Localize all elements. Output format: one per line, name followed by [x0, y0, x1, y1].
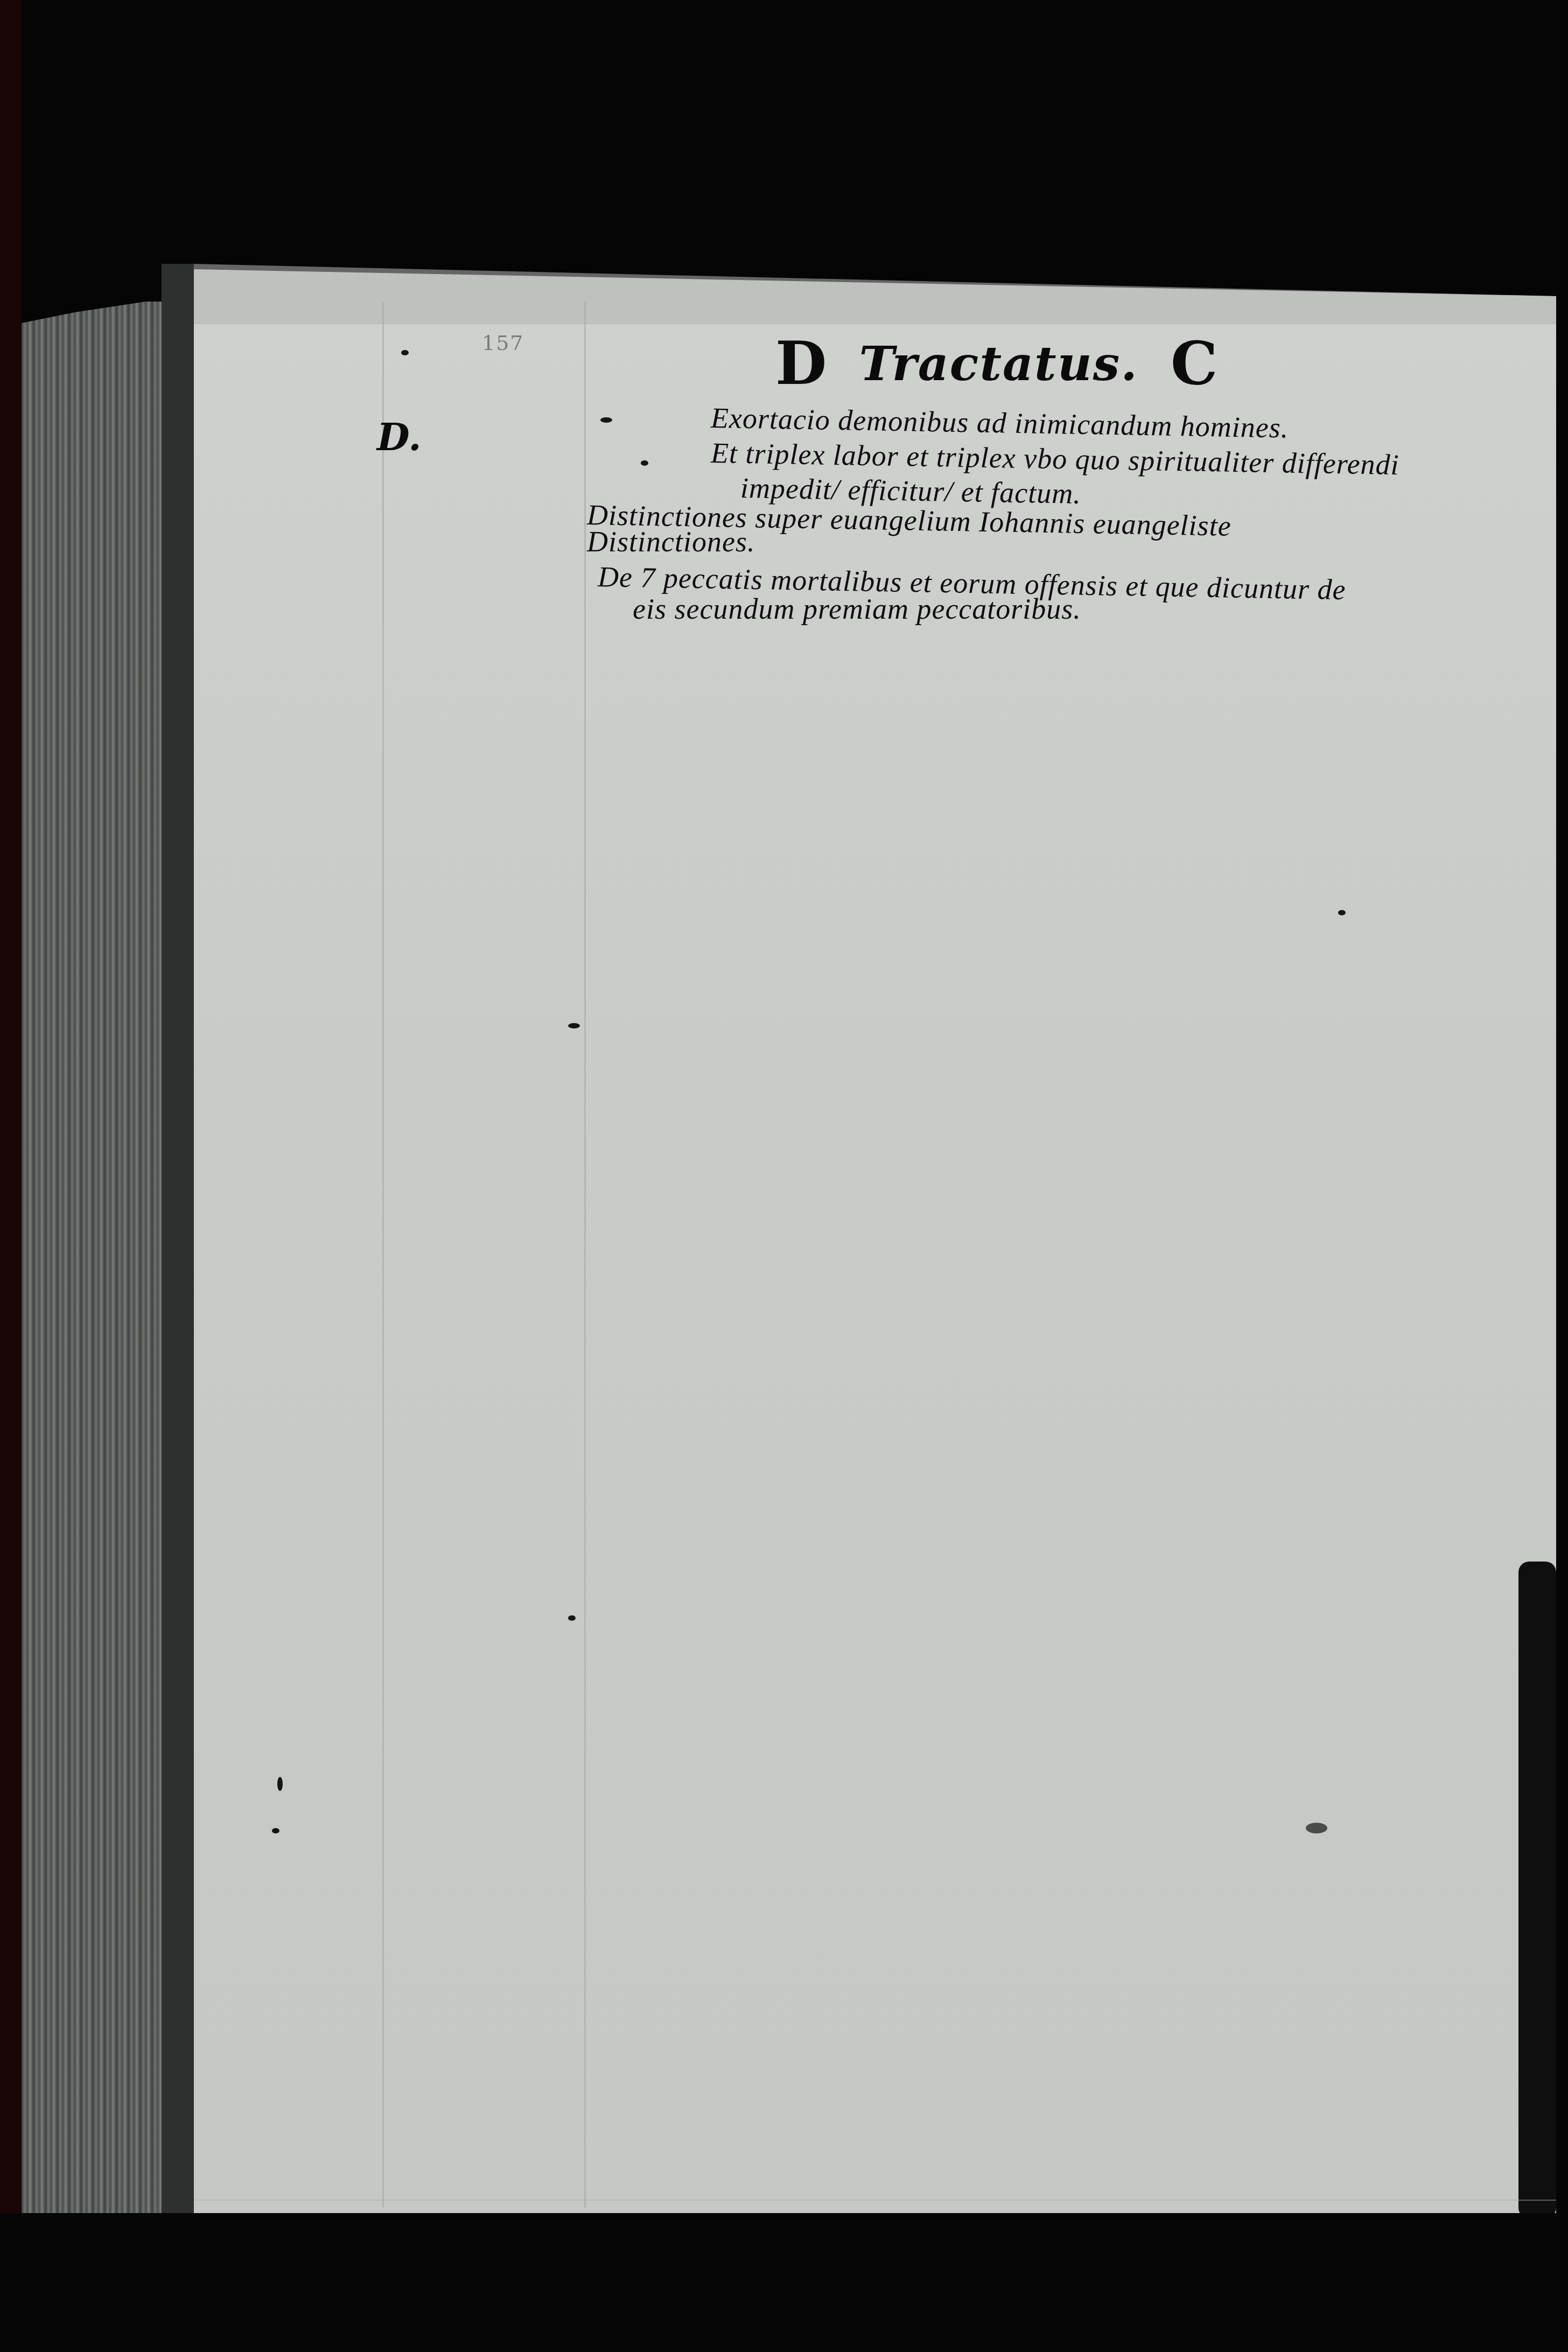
ink-dot [641, 460, 648, 466]
top-ruling-line [194, 323, 1556, 324]
photo-frame-bottom [0, 2213, 1568, 2352]
ink-blot [1306, 1823, 1327, 1833]
text-line: eis secundum premiam peccatoribus. [633, 592, 1081, 626]
folio-number: 157 [482, 331, 524, 355]
ink-mark [277, 1777, 283, 1791]
margin-ruling-line [382, 302, 384, 2208]
heading-title: Tractatus. [859, 335, 1138, 391]
manuscript-page [194, 258, 1556, 2224]
page-heading: D Tractatus. C [775, 328, 1217, 398]
ink-mark [568, 1023, 580, 1028]
text-ruling-line [584, 302, 586, 2208]
ink-dot [401, 350, 409, 355]
heading-initial-left: D [775, 328, 827, 398]
margin-initial: D. [377, 415, 422, 459]
heading-initial-right: C [1171, 328, 1218, 398]
ink-dot [1338, 910, 1346, 915]
text-line: Distinctiones. [587, 525, 755, 558]
page-edge-shadow [162, 264, 194, 2213]
bottom-ruling-line [194, 2200, 1556, 2201]
photo-frame-left [0, 0, 22, 2352]
gutter-shadow [1518, 1562, 1556, 2218]
ink-bullet [600, 417, 612, 423]
ink-dot [272, 1828, 279, 1833]
ink-dot [568, 1615, 576, 1621]
page-top-stain [194, 264, 1556, 323]
